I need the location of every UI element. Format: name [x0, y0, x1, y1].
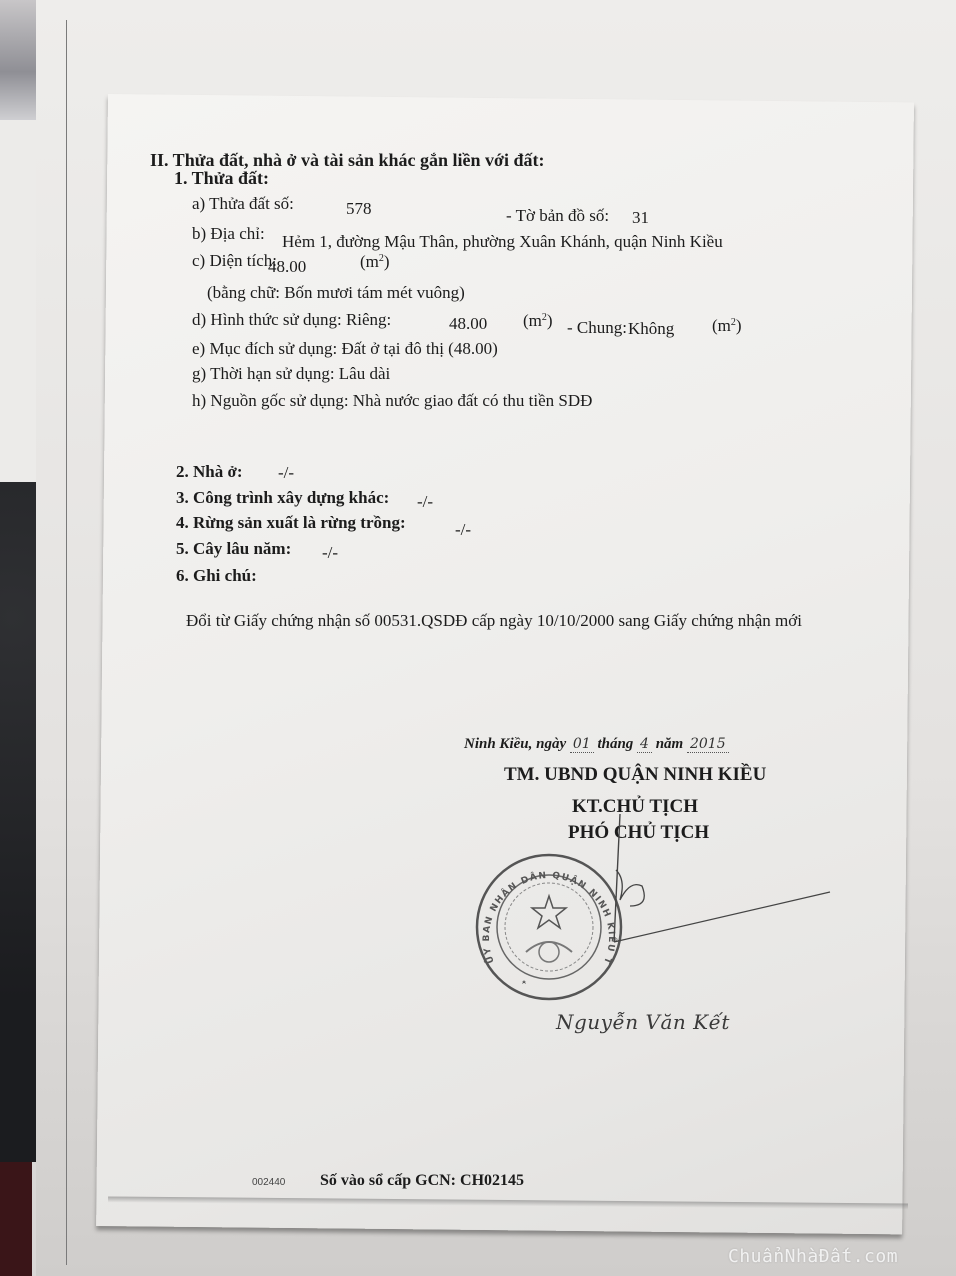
map-sheet-label: - Tờ bản đồ số: — [506, 206, 609, 226]
usage-purpose: e) Mục đích sử dụng: Đất ở tại đô thị (4… — [192, 339, 498, 359]
watermark: ChuẩnNhàĐất.com — [728, 1246, 898, 1267]
item-label: 3. Công trình xây dựng khác: — [176, 488, 389, 508]
item-label: 6. Ghi chú: — [176, 566, 257, 586]
item-label: 2. Nhà ở: — [176, 462, 243, 482]
usage-common-unit: (m2) — [712, 316, 742, 336]
usage-origin: h) Nguồn gốc sử dụng: Nhà nước giao đất … — [192, 391, 592, 411]
signature-scribble-icon — [480, 810, 840, 990]
area-unit: (m2) — [360, 252, 390, 272]
year-label: năm — [656, 736, 684, 752]
item-label: 4. Rừng sản xuất là rừng trồng: — [176, 513, 406, 533]
registry-entry: Số vào sổ cấp GCN: CH02145 — [320, 1172, 524, 1190]
place-date: Ninh Kiều, ngày 01 tháng 4 năm 2015 — [464, 736, 729, 753]
area-value: 48.00 — [268, 257, 306, 277]
parcel-number-label: a) Thửa đất số: — [192, 194, 294, 214]
section-title: II. Thửa đất, nhà ở và tài sản khác gắn … — [150, 150, 545, 170]
usage-private-unit: (m2) — [523, 311, 553, 331]
usage-common-label: - Chung: — [567, 318, 627, 338]
item-value: -/- — [322, 543, 338, 563]
address-value: Hẻm 1, đường Mậu Thân, phường Xuân Khánh… — [282, 232, 723, 252]
signer-name: Nguyễn Văn Kết — [556, 1010, 730, 1034]
item-value: -/- — [278, 463, 294, 483]
note-text: Đổi từ Giấy chứng nhận số 00531.QSDĐ cấp… — [186, 611, 802, 631]
place-date-prefix: Ninh Kiều, ngày — [464, 736, 566, 752]
item-value: -/- — [455, 520, 471, 540]
map-sheet-value: 31 — [632, 208, 649, 228]
land-parcel-heading: 1. Thửa đất: — [174, 168, 269, 188]
registry-label: Số vào sổ cấp GCN: — [320, 1172, 456, 1189]
parcel-number-value: 578 — [346, 199, 372, 219]
authority-title: TM. UBND QUẬN NINH KIỀU — [504, 764, 766, 786]
document-content: II. Thửa đất, nhà ở và tài sản khác gắn … — [0, 0, 956, 1276]
item-value: -/- — [417, 492, 433, 512]
registry-number: CH02145 — [460, 1172, 524, 1189]
item-label: 5. Cây lâu năm: — [176, 539, 291, 559]
month-label: tháng — [597, 736, 633, 752]
address-label: b) Địa chỉ: — [192, 224, 265, 244]
area-in-words: (bằng chữ: Bốn mươi tám mét vuông) — [207, 283, 465, 303]
date-day: 01 — [570, 736, 594, 753]
usage-common-value: Không — [628, 319, 674, 339]
date-year: 2015 — [687, 736, 729, 753]
serial-number: 002440 — [252, 1177, 285, 1188]
area-label: c) Diện tích: — [192, 251, 277, 271]
usage-private-value: 48.00 — [449, 314, 487, 334]
date-month: 4 — [637, 736, 652, 753]
usage-term: g) Thời hạn sử dụng: Lâu dài — [192, 364, 390, 384]
usage-form-label: d) Hình thức sử dụng: Riêng: — [192, 310, 391, 330]
